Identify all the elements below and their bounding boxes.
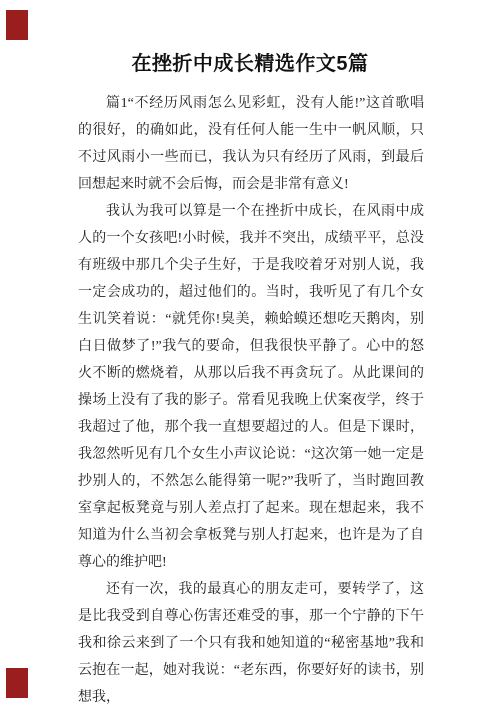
corner-marker-top-icon bbox=[6, 10, 28, 40]
essay-paragraph-2: 我认为我可以算是一个在挫折中成长，在风雨中成人的一个女孩吧!小时候，我并不突出，… bbox=[78, 198, 424, 576]
essay-title: 在挫折中成长精选作文5篇 bbox=[40, 50, 460, 78]
corner-marker-bottom-icon bbox=[6, 668, 28, 698]
document-page: 在挫折中成长精选作文5篇 篇1“不经历风雨怎么见彩虹，没有人能!”这首歌唱的很好… bbox=[0, 0, 500, 708]
essay-paragraph-1: 篇1“不经历风雨怎么见彩虹，没有人能!”这首歌唱的很好，的确如此，没有任何人能一… bbox=[78, 90, 424, 198]
essay-body: 篇1“不经历风雨怎么见彩虹，没有人能!”这首歌唱的很好，的确如此，没有任何人能一… bbox=[0, 90, 500, 708]
essay-paragraph-3: 还有一次，我的最真心的朋友走可，要转学了，这是比我受到自尊心伤害还难受的事，那一… bbox=[78, 576, 424, 708]
